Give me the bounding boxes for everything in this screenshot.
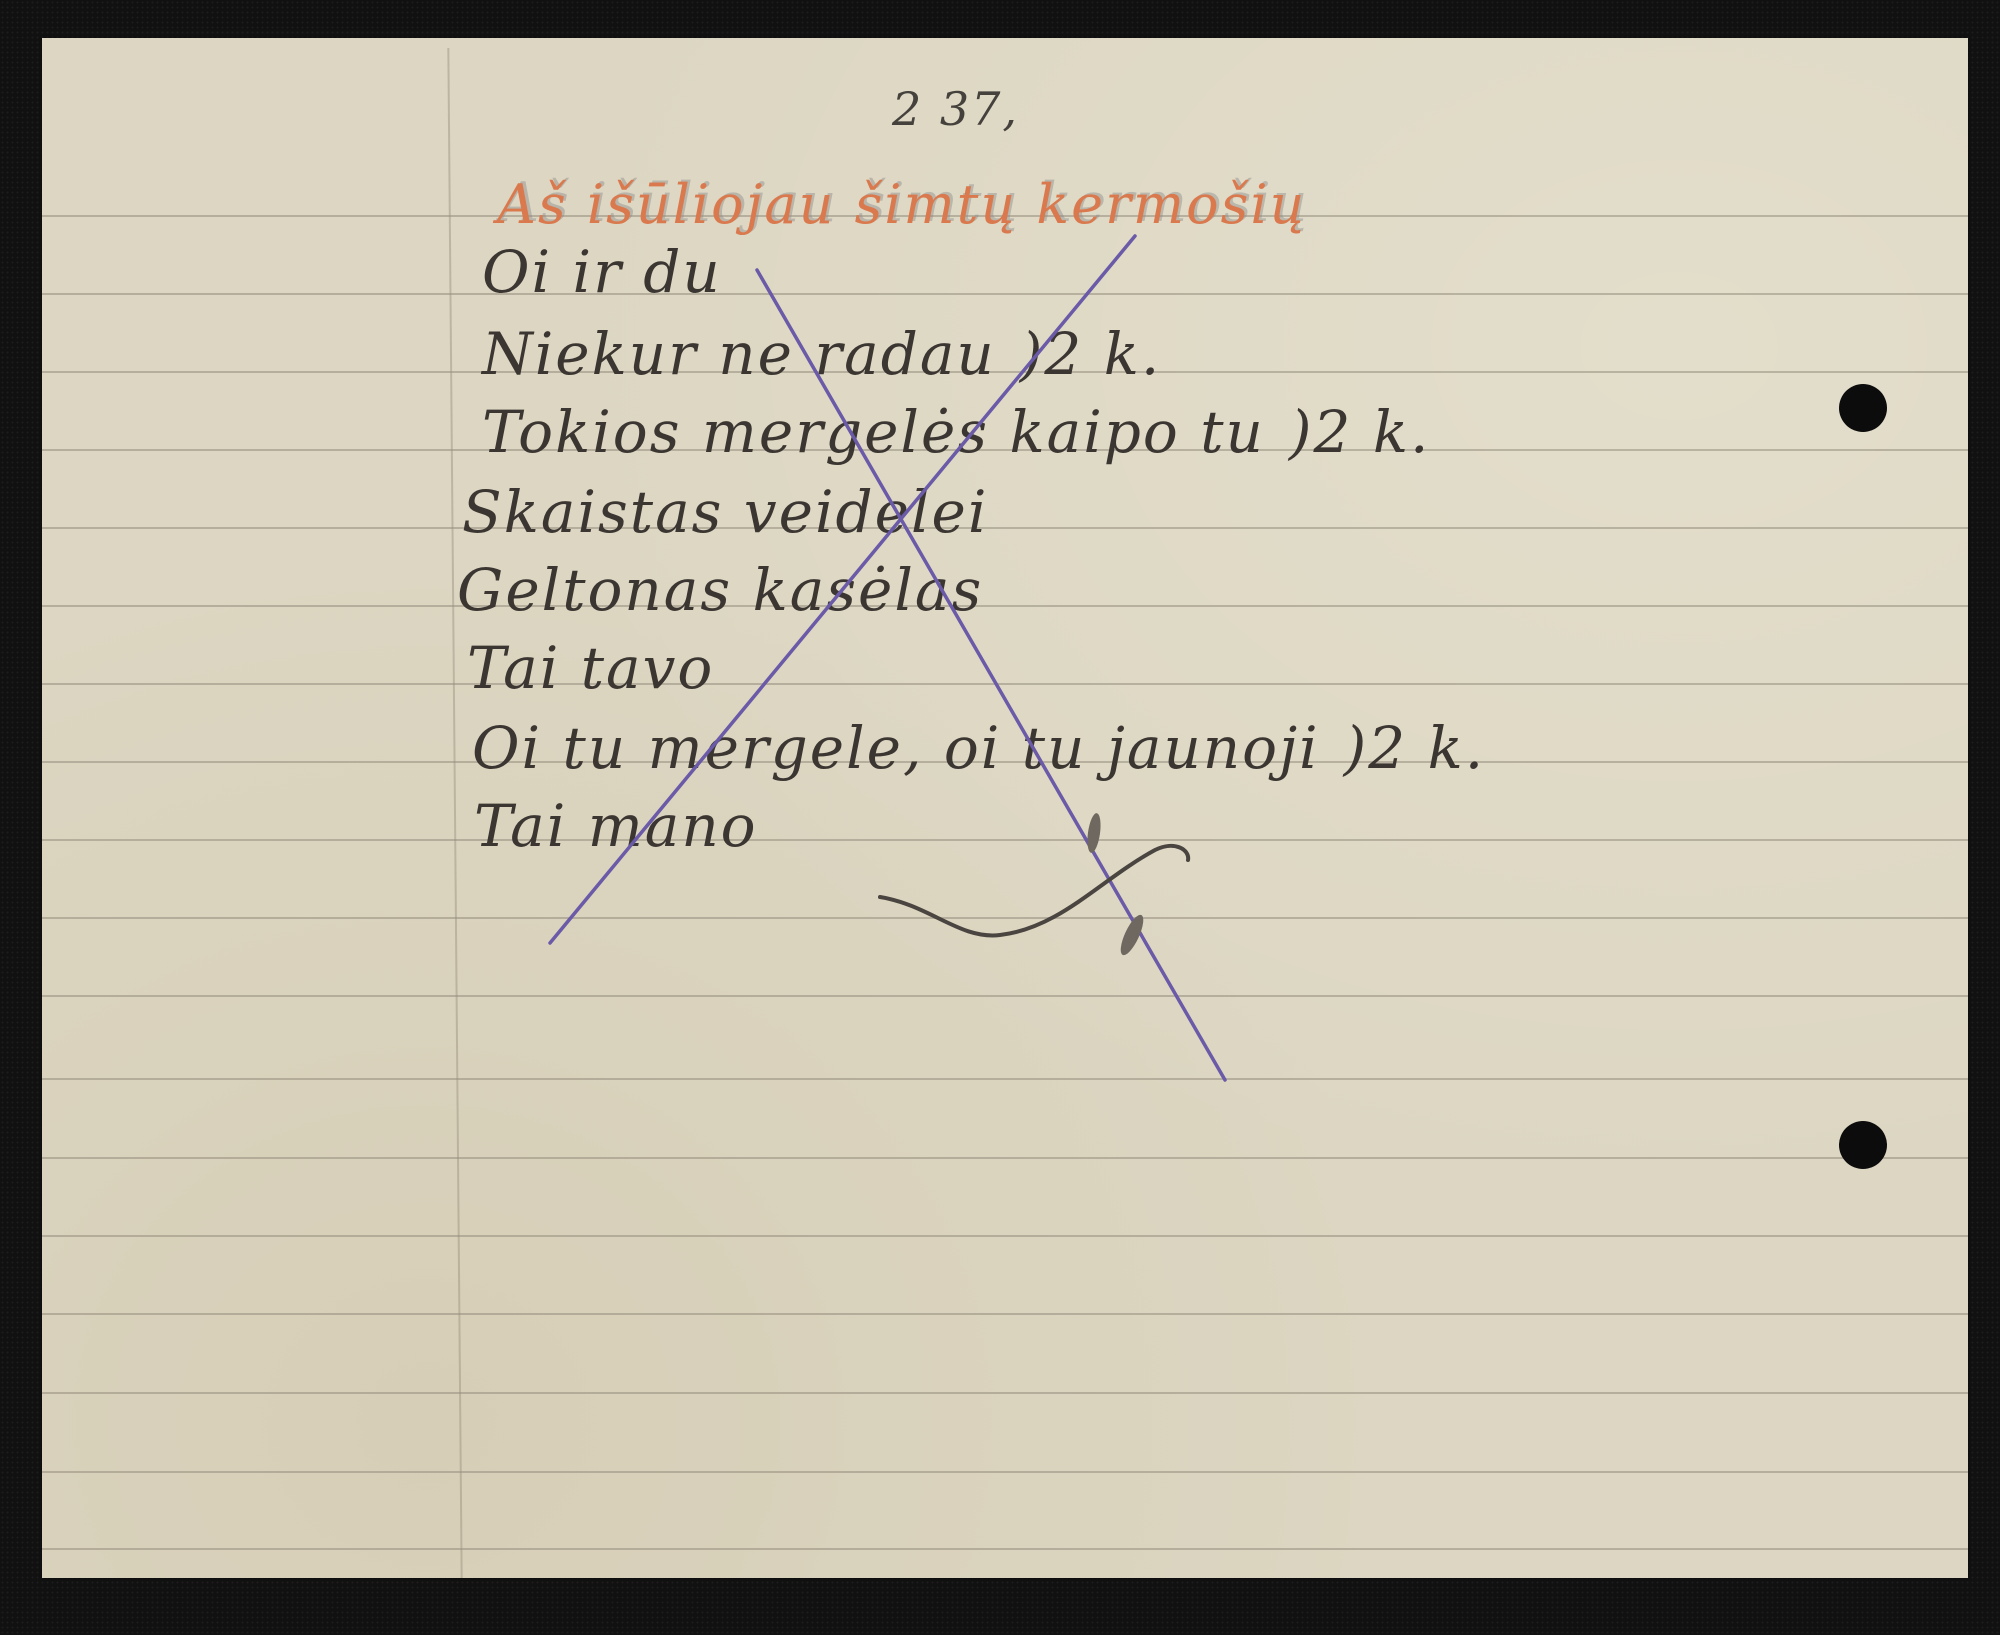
ruled-line (42, 1392, 1968, 1394)
song-line-text: Skaistas veidelei (462, 478, 988, 546)
song-line-text: Niekur ne radau (482, 320, 996, 388)
ruled-line (42, 293, 1968, 295)
song-line: Tokios mergelės kaipo tu)2 k. (482, 398, 1430, 466)
ruled-line (42, 1078, 1968, 1080)
song-line-text: Oi ir du (482, 238, 722, 306)
punch-hole (1839, 384, 1887, 432)
margin-line (447, 48, 462, 1578)
song-line: Tai tavo (467, 634, 738, 702)
repeat-mark: )2 k. (1344, 714, 1486, 782)
repeat-mark: )2 k. (1289, 398, 1431, 466)
ruled-line (42, 1471, 1968, 1473)
song-line: Skaistas veidelei (462, 478, 1012, 546)
punch-hole (1839, 1121, 1887, 1169)
song-line: Tai mano (474, 792, 782, 860)
ruled-line (42, 1548, 1968, 1550)
ruled-line (42, 1313, 1968, 1315)
song-line-text: Tai mano (474, 792, 758, 860)
paper-sheet: 2 37, Aš išūliojau šimtų kermošių Oi ir … (42, 38, 1968, 1578)
ruled-line (42, 683, 1968, 685)
repeat-mark: )2 k. (1020, 320, 1162, 388)
song-line: Oi tu mergele, oi tu jaunoji)2 k. (472, 714, 1485, 782)
page-number: 2 37, (892, 82, 1019, 136)
ruled-line (42, 839, 1968, 841)
song-line-text: Geltonas kasėlas (457, 556, 983, 624)
song-line-text: Oi tu mergele, oi tu jaunoji (472, 714, 1320, 782)
song-line: Niekur ne radau)2 k. (482, 320, 1161, 388)
song-title: Aš išūliojau šimtų kermošių (497, 173, 1306, 236)
song-line-text: Tokios mergelės kaipo tu (482, 398, 1265, 466)
song-line: Geltonas kasėlas (457, 556, 1007, 624)
ruled-line (42, 995, 1968, 997)
ruled-line (42, 917, 1968, 919)
ruled-line (42, 1235, 1968, 1237)
ruled-line (42, 1157, 1968, 1159)
song-line: Oi ir du (482, 238, 746, 306)
song-line-text: Tai tavo (467, 634, 714, 702)
